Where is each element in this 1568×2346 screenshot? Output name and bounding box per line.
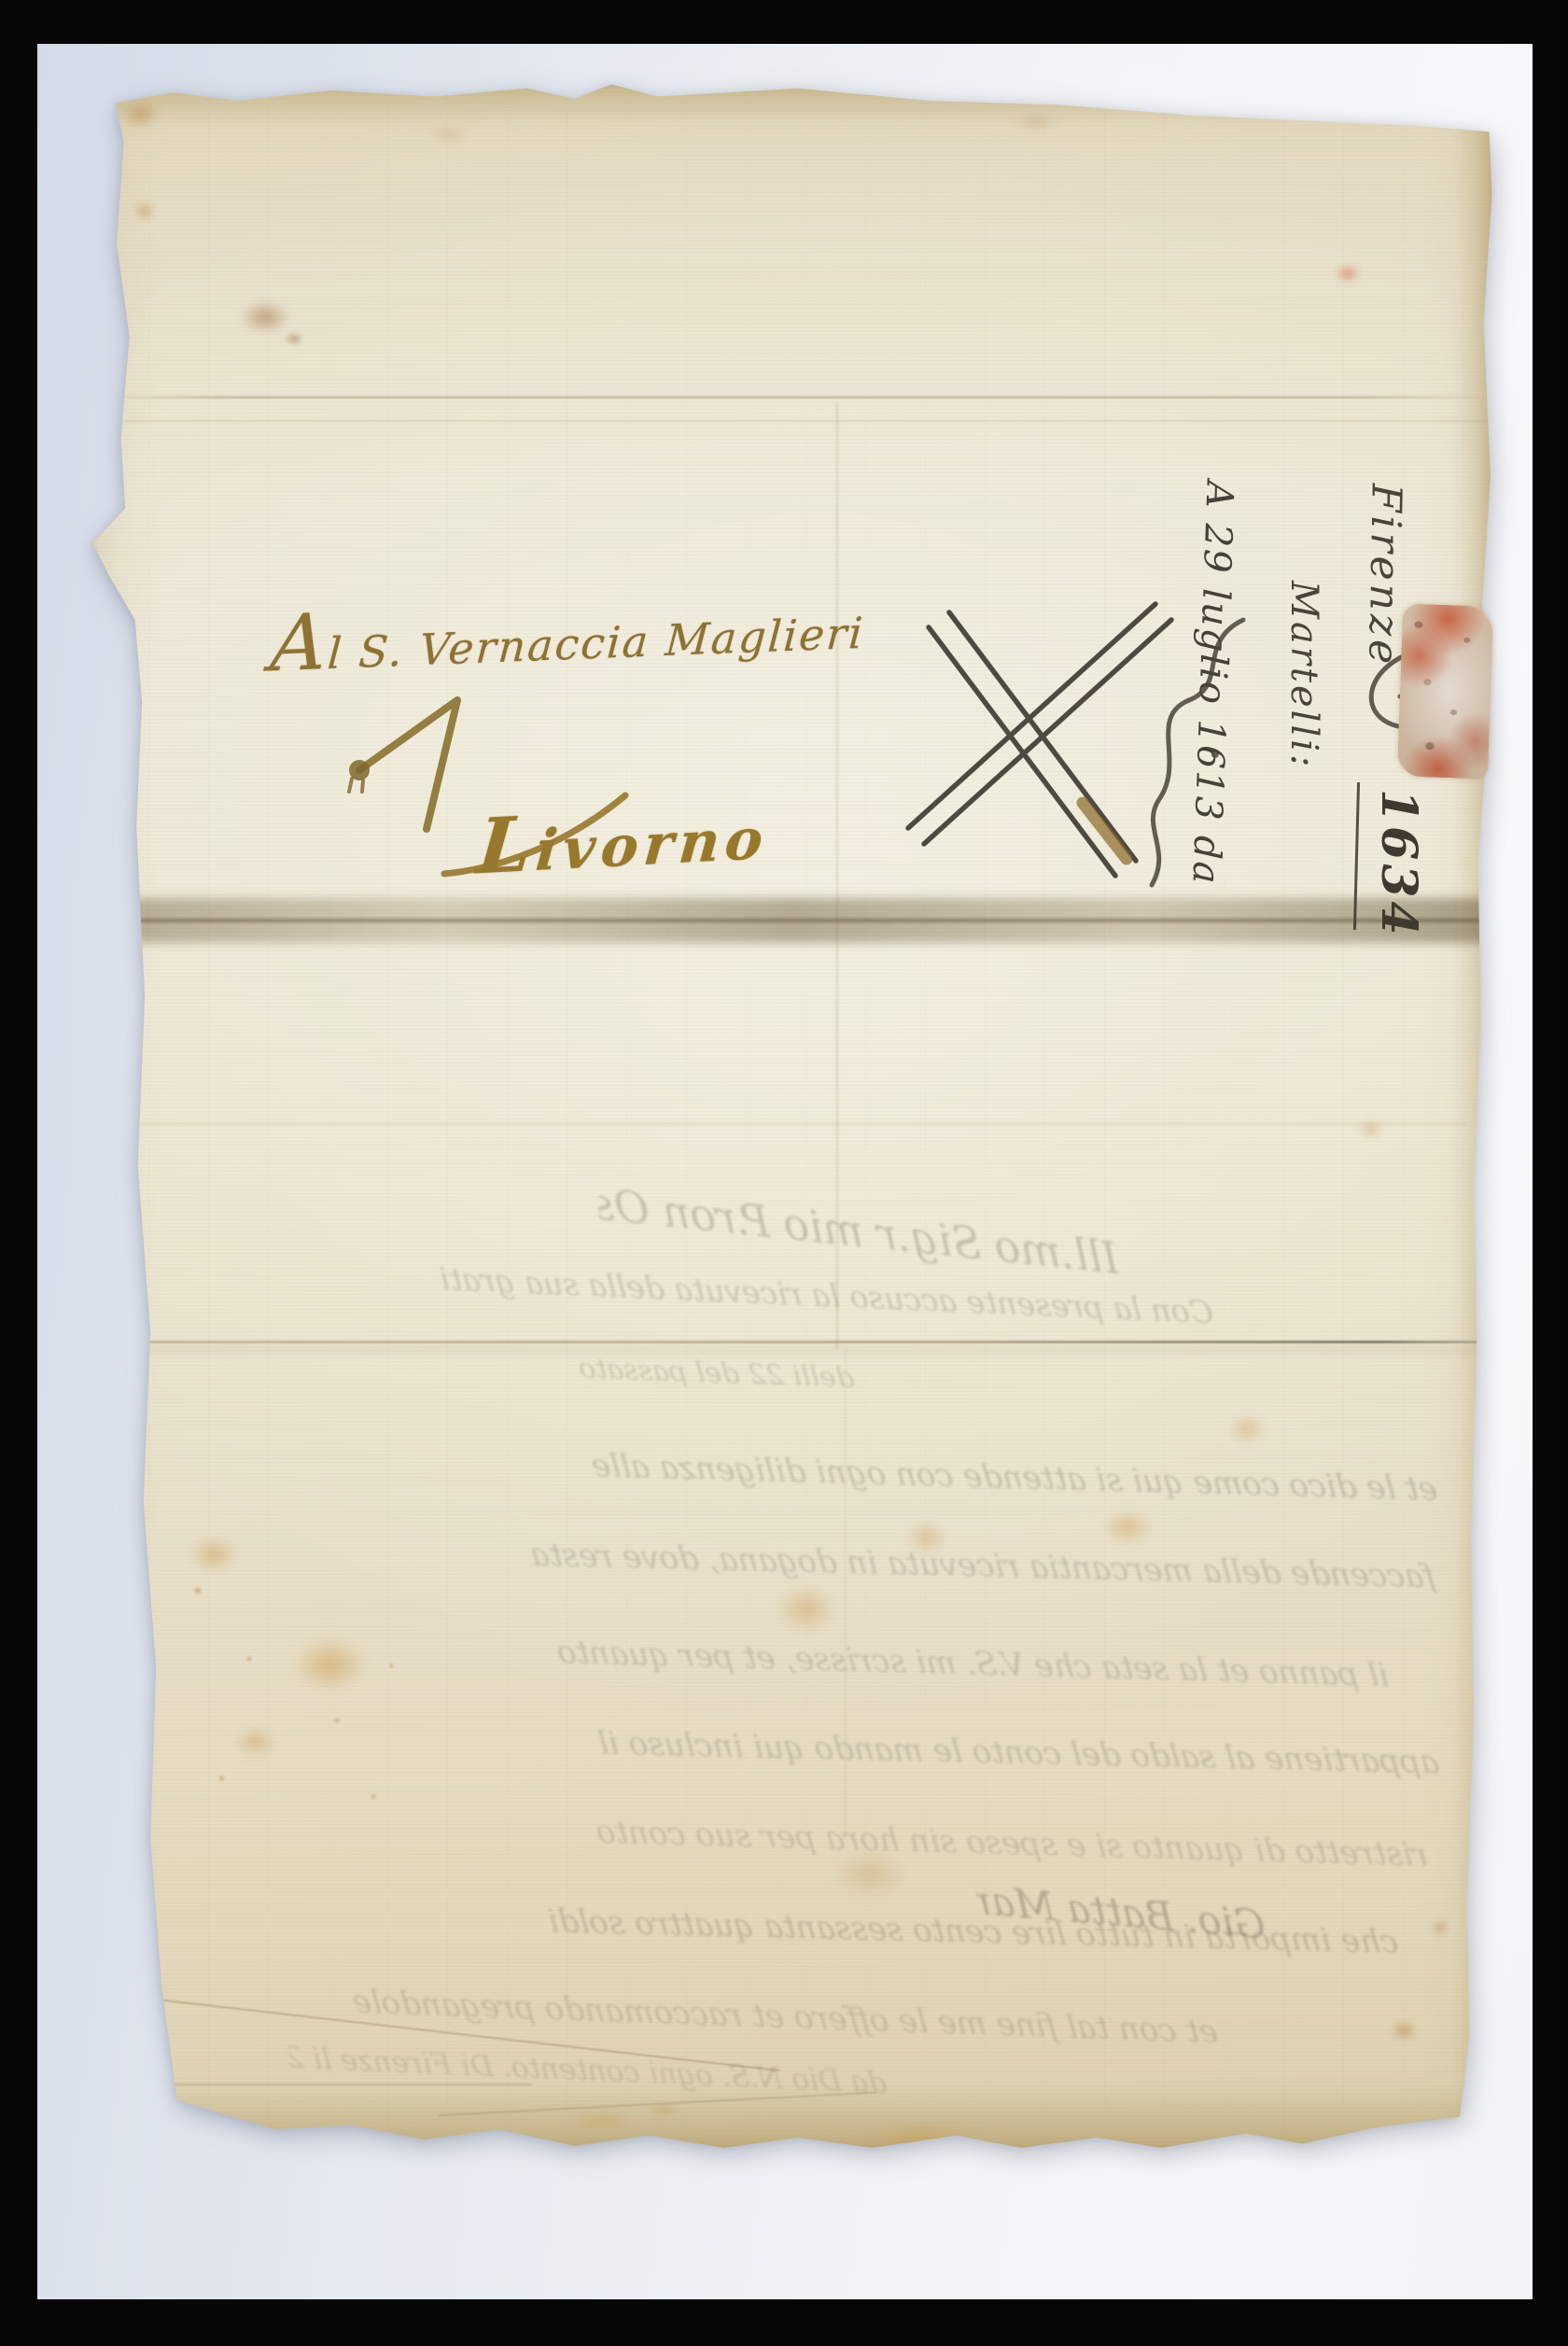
letter-paper: Ill.mo Sig.r mio P.ron Oss.moCon la pres… — [89, 82, 1493, 2150]
archival-year: 1634 — [1370, 789, 1427, 939]
family-name-note: Martelli: — [1282, 581, 1325, 770]
wax-seal-remnant — [1397, 603, 1493, 779]
bleedthrough-line: appartiene al saldo del conto le mando q… — [131, 1714, 1441, 1781]
bleedthrough-line: et con tal fine me le offero et raccoman… — [208, 1978, 1220, 2051]
letter-photo: Ill.mo Sig.r mio P.ron Oss.moCon la pres… — [0, 0, 1568, 2346]
bleedthrough-line: delli 22 del passato — [497, 1349, 855, 1394]
bleedthrough-line: ristretto di quanto si e speso sin hora … — [138, 1801, 1430, 1875]
bleedthrough-line: et le dico come qui si attende con ogni … — [138, 1435, 1439, 1509]
destination-city: Livorno — [474, 788, 773, 892]
bleedthrough-text: Ill.mo Sig.r mio P.ron Oss.moCon la pres… — [0, 0, 1568, 2346]
postal-check-mark-icon — [331, 681, 490, 845]
bleedthrough-line: faccende della mercantia ricevuta in dog… — [127, 1526, 1437, 1595]
paper-shadow: Ill.mo Sig.r mio P.ron Oss.moCon la pres… — [0, 0, 1568, 2346]
bleedthrough-line: da Dio N.S. ogni contento. Di Firenze li… — [288, 2042, 889, 2100]
paper-stain — [80, 275, 118, 326]
bleedthrough-line: Ill.mo Sig.r mio P.ron Oss.mo — [598, 1178, 1120, 1284]
bleedthrough-line: il panno et la seta che V.S. mi scrisse,… — [136, 1622, 1391, 1694]
scribal-paraph-icon — [1131, 605, 1253, 922]
